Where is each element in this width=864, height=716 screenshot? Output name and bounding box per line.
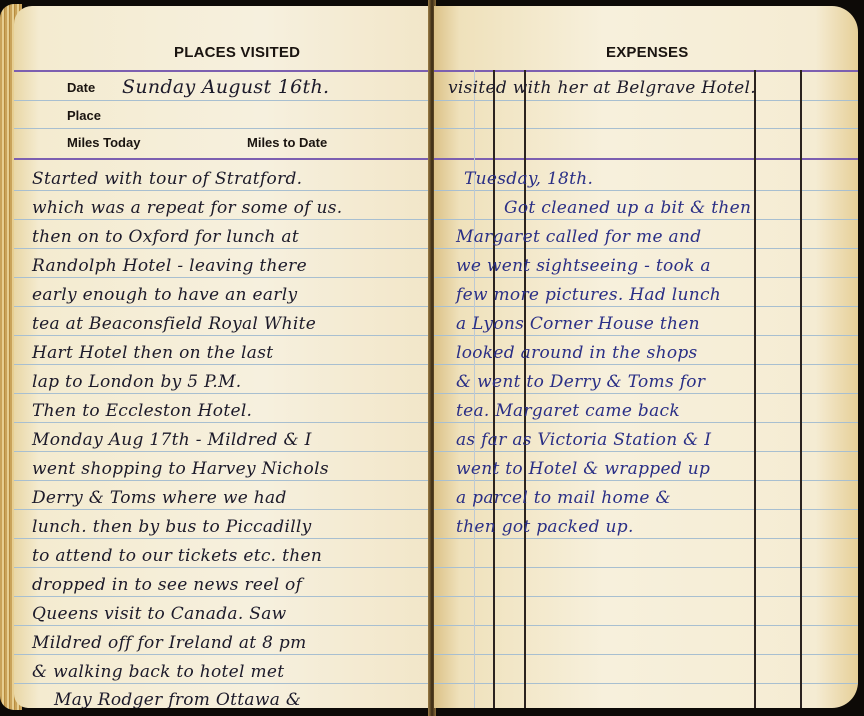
rule — [14, 364, 430, 365]
entry-line: tea at Beaconsfield Royal White — [32, 314, 316, 334]
date-label: Date — [67, 80, 95, 95]
date-value: Sunday August 16th. — [122, 76, 329, 98]
rule — [434, 596, 858, 597]
page-heading: PLACES VISITED — [174, 44, 300, 61]
column-line — [800, 70, 802, 708]
rule — [434, 335, 858, 336]
rule — [14, 248, 430, 249]
rule — [434, 277, 858, 278]
header-rule — [14, 70, 430, 72]
entry-line: lap to London by 5 P.M. — [32, 372, 242, 392]
miles-today-label: Miles Today — [67, 135, 140, 150]
entry-line: few more pictures. Had lunch — [456, 285, 721, 305]
entry-line: then got packed up. — [456, 517, 634, 537]
entry-line: went to Hotel & wrapped up — [456, 459, 710, 479]
header-rule — [14, 158, 430, 160]
rule — [14, 335, 430, 336]
rule — [14, 567, 430, 568]
header-rule — [434, 158, 858, 160]
rule — [434, 364, 858, 365]
rule — [434, 509, 858, 510]
entry-line: Got cleaned up a bit & then — [504, 198, 751, 218]
rule — [14, 625, 430, 626]
entry-line: went shopping to Harvey Nichols — [32, 459, 329, 479]
rule — [434, 683, 858, 684]
miles-to-date-label: Miles to Date — [247, 135, 327, 150]
entry-line: Margaret called for me and — [456, 227, 701, 247]
rule — [434, 100, 858, 101]
place-label: Place — [67, 108, 101, 123]
rule — [434, 625, 858, 626]
entry-line: Randolph Hotel - leaving there — [32, 256, 307, 276]
rule — [434, 128, 858, 129]
entry-line: Hart Hotel then on the last — [32, 343, 273, 363]
rule — [434, 567, 858, 568]
entry-line: Then to Eccleston Hotel. — [32, 401, 252, 421]
rule — [14, 596, 430, 597]
entry-line: looked around in the shops — [456, 343, 698, 363]
rule — [434, 422, 858, 423]
entry-line: Queens visit to Canada. Saw — [32, 604, 286, 624]
entry-line: Monday Aug 17th - Mildred & I — [32, 430, 312, 450]
rule — [14, 451, 430, 452]
entry-line: & went to Derry & Toms for — [456, 372, 705, 392]
rule — [434, 306, 858, 307]
rule — [434, 248, 858, 249]
entry-line: May Rodger from Ottawa & — [54, 690, 301, 708]
entry-line: Tuesday, 18th. — [464, 169, 593, 189]
top-entry-line: visited with her at Belgrave Hotel. — [448, 78, 756, 98]
rule — [14, 100, 430, 101]
entry-line: early enough to have an early — [32, 285, 297, 305]
rule — [14, 393, 430, 394]
rule — [434, 190, 858, 191]
entry-line: we went sightseeing - took a — [456, 256, 711, 276]
rule — [14, 306, 430, 307]
right-page-expenses: EXPENSES visited with her at Belgrave Ho… — [434, 6, 858, 708]
header-rule — [434, 70, 858, 72]
rule — [14, 683, 430, 684]
entry-line: which was a repeat for some of us. — [32, 198, 342, 218]
rule — [14, 509, 430, 510]
entry-line: then on to Oxford for lunch at — [32, 227, 299, 247]
open-diary: PLACES VISITED Date Place Miles Today Mi… — [0, 0, 864, 716]
entry-line: lunch. then by bus to Piccadilly — [32, 517, 312, 537]
entry-line: Mildred off for Ireland at 8 pm — [32, 633, 307, 653]
entry-line: dropped in to see news reel of — [32, 575, 302, 595]
entry-line: Started with tour of Stratford. — [32, 169, 302, 189]
rule — [434, 480, 858, 481]
entry-line: as far as Victoria Station & I — [456, 430, 711, 450]
entry-line: Derry & Toms where we had — [32, 488, 287, 508]
rule — [14, 190, 430, 191]
entry-line: a Lyons Corner House then — [456, 314, 700, 334]
rule — [14, 277, 430, 278]
entry-line: to attend to our tickets etc. then — [32, 546, 322, 566]
rule — [434, 451, 858, 452]
rule — [14, 538, 430, 539]
page-heading: EXPENSES — [606, 44, 688, 61]
rule — [434, 538, 858, 539]
rule — [14, 480, 430, 481]
rule — [14, 219, 430, 220]
rule — [14, 654, 430, 655]
rule — [434, 393, 858, 394]
entry-line: & walking back to hotel met — [32, 662, 284, 682]
entry-line: a parcel to mail home & — [456, 488, 671, 508]
rule — [14, 422, 430, 423]
entry-line: tea. Margaret came back — [456, 401, 680, 421]
left-page-places-visited: PLACES VISITED Date Place Miles Today Mi… — [14, 6, 430, 708]
rule — [14, 128, 430, 129]
rule — [434, 219, 858, 220]
column-line — [754, 70, 756, 708]
rule — [434, 654, 858, 655]
